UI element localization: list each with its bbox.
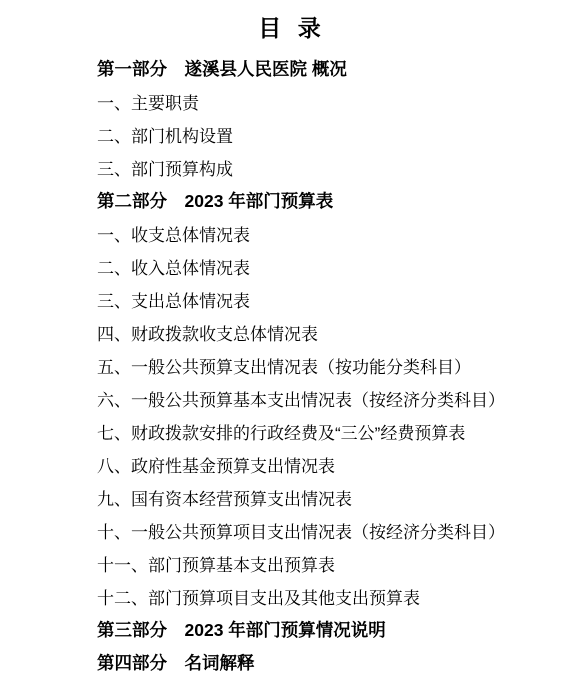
toc-entry: 五、一般公共预算支出情况表（按功能分类科目）: [97, 349, 559, 382]
page-title: 目 录: [0, 0, 579, 44]
toc-entry: 三、部门预算构成: [97, 151, 559, 184]
toc-entry: 二、部门机构设置: [97, 118, 559, 151]
toc-entry: 六、一般公共预算基本支出情况表（按经济分类科目）: [97, 382, 559, 415]
toc-list: 第一部分 遂溪县人民医院 概况一、主要职责二、部门机构设置三、部门预算构成第二部…: [0, 52, 579, 679]
toc-part-heading: 第一部分 遂溪县人民医院 概况: [97, 52, 559, 85]
toc-entry: 三、支出总体情况表: [97, 283, 559, 316]
toc-part-heading: 第二部分 2023 年部门预算表: [97, 184, 559, 217]
toc-entry: 十、一般公共预算项目支出情况表（按经济分类科目）: [97, 514, 559, 547]
toc-entry: 十一、部门预算基本支出预算表: [97, 547, 559, 580]
toc-entry: 十二、部门预算项目支出及其他支出预算表: [97, 580, 559, 613]
toc-entry: 一、主要职责: [97, 85, 559, 118]
toc-entry: 七、财政拨款安排的行政经费及“三公”经费预算表: [97, 415, 559, 448]
toc-entry: 四、财政拨款收支总体情况表: [97, 316, 559, 349]
toc-entry: 一、收支总体情况表: [97, 217, 559, 250]
toc-part-heading: 第四部分 名词解释: [97, 646, 559, 679]
document-page: 目 录 第一部分 遂溪县人民医院 概况一、主要职责二、部门机构设置三、部门预算构…: [0, 0, 579, 686]
toc-part-heading: 第三部分 2023 年部门预算情况说明: [97, 613, 559, 646]
toc-entry: 九、国有资本经营预算支出情况表: [97, 481, 559, 514]
toc-entry: 二、收入总体情况表: [97, 250, 559, 283]
toc-entry: 八、政府性基金预算支出情况表: [97, 448, 559, 481]
